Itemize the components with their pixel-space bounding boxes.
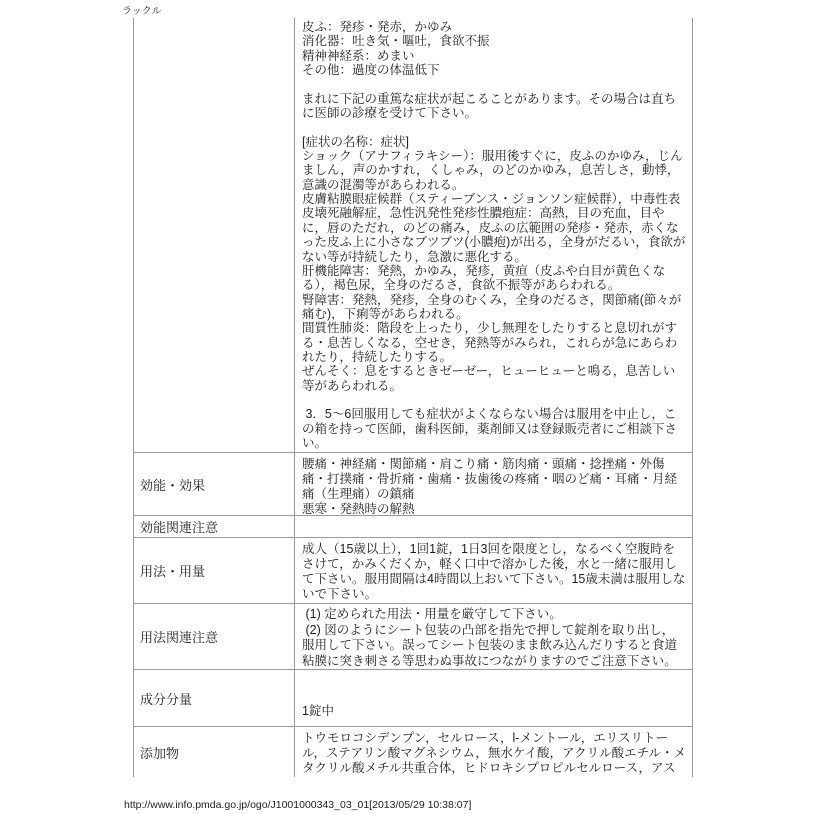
page-header-brand: ラックル <box>122 2 162 17</box>
table-row-additives: 添加物 トウモロコシデンプン，セルロース，l-メントール，エリスリトール，ステア… <box>134 727 692 777</box>
footer-source-url: http://www.info.pmda.go.jp/ogo/J10010003… <box>124 799 471 811</box>
row-label: 添加物 <box>134 727 295 777</box>
table-row-dosage-note: 用法関連注意 (1) 定められた用法・用量を厳守して下さい。 (2) 図のように… <box>134 604 692 670</box>
efficacy-note-text <box>295 516 692 537</box>
table-row-dosage: 用法・用量 成人（15歳以上），1回1錠，1日3回を限度とし，なるべく空腹時をさ… <box>134 538 692 604</box>
additives-text: トウモロコシデンプン，セルロース，l-メントール，エリスリトール，ステアリン酸マ… <box>295 727 692 777</box>
table-row-efficacy-note: 効能関連注意 <box>134 516 692 538</box>
row-label: 用法関連注意 <box>134 604 295 669</box>
table-row-efficacy: 効能・効果 腰痛・神経痛・関節痛・肩こり痛・筋肉痛・頭痛・捻挫痛・外傷痛・打撲痛… <box>134 453 692 516</box>
efficacy-text: 腰痛・神経痛・関節痛・肩こり痛・筋肉痛・頭痛・捻挫痛・外傷痛・打撲痛・骨折痛・歯… <box>295 453 692 515</box>
table-row-side-effects: 皮ふ：発疹・発赤，かゆみ 消化器：吐き気・嘔吐，食欲不振 精神神経系：めまい そ… <box>134 18 692 453</box>
row-label: 効能関連注意 <box>134 516 295 537</box>
ingredients-cell: 1錠中 成分 分量 アセトアミノフェン 300mg <box>295 670 692 726</box>
dosage-text: 成人（15歳以上），1回1錠，1日3回を限度とし，なるべく空腹時をさけて，かみく… <box>295 538 692 603</box>
row-label: 効能・効果 <box>134 453 295 515</box>
document-page: ラックル 皮ふ：発疹・発赤，かゆみ 消化器：吐き気・嘔吐，食欲不振 精神神経系：… <box>0 0 814 814</box>
row-label <box>134 18 295 452</box>
table-row-ingredients: 成分分量 1錠中 成分 分量 アセトアミノフェン 300mg <box>134 670 692 727</box>
dosage-note-text: (1) 定められた用法・用量を厳守して下さい。 (2) 図のようにシート包装の凸… <box>295 604 692 669</box>
row-label: 成分分量 <box>134 670 295 726</box>
side-effects-text: 皮ふ：発疹・発赤，かゆみ 消化器：吐き気・嘔吐，食欲不振 精神神経系：めまい そ… <box>295 18 692 452</box>
ingredient-unit-label: 1錠中 <box>302 704 686 719</box>
drug-info-table: 皮ふ：発疹・発赤，かゆみ 消化器：吐き気・嘔吐，食欲不振 精神神経系：めまい そ… <box>133 18 693 777</box>
row-label: 用法・用量 <box>134 538 295 603</box>
